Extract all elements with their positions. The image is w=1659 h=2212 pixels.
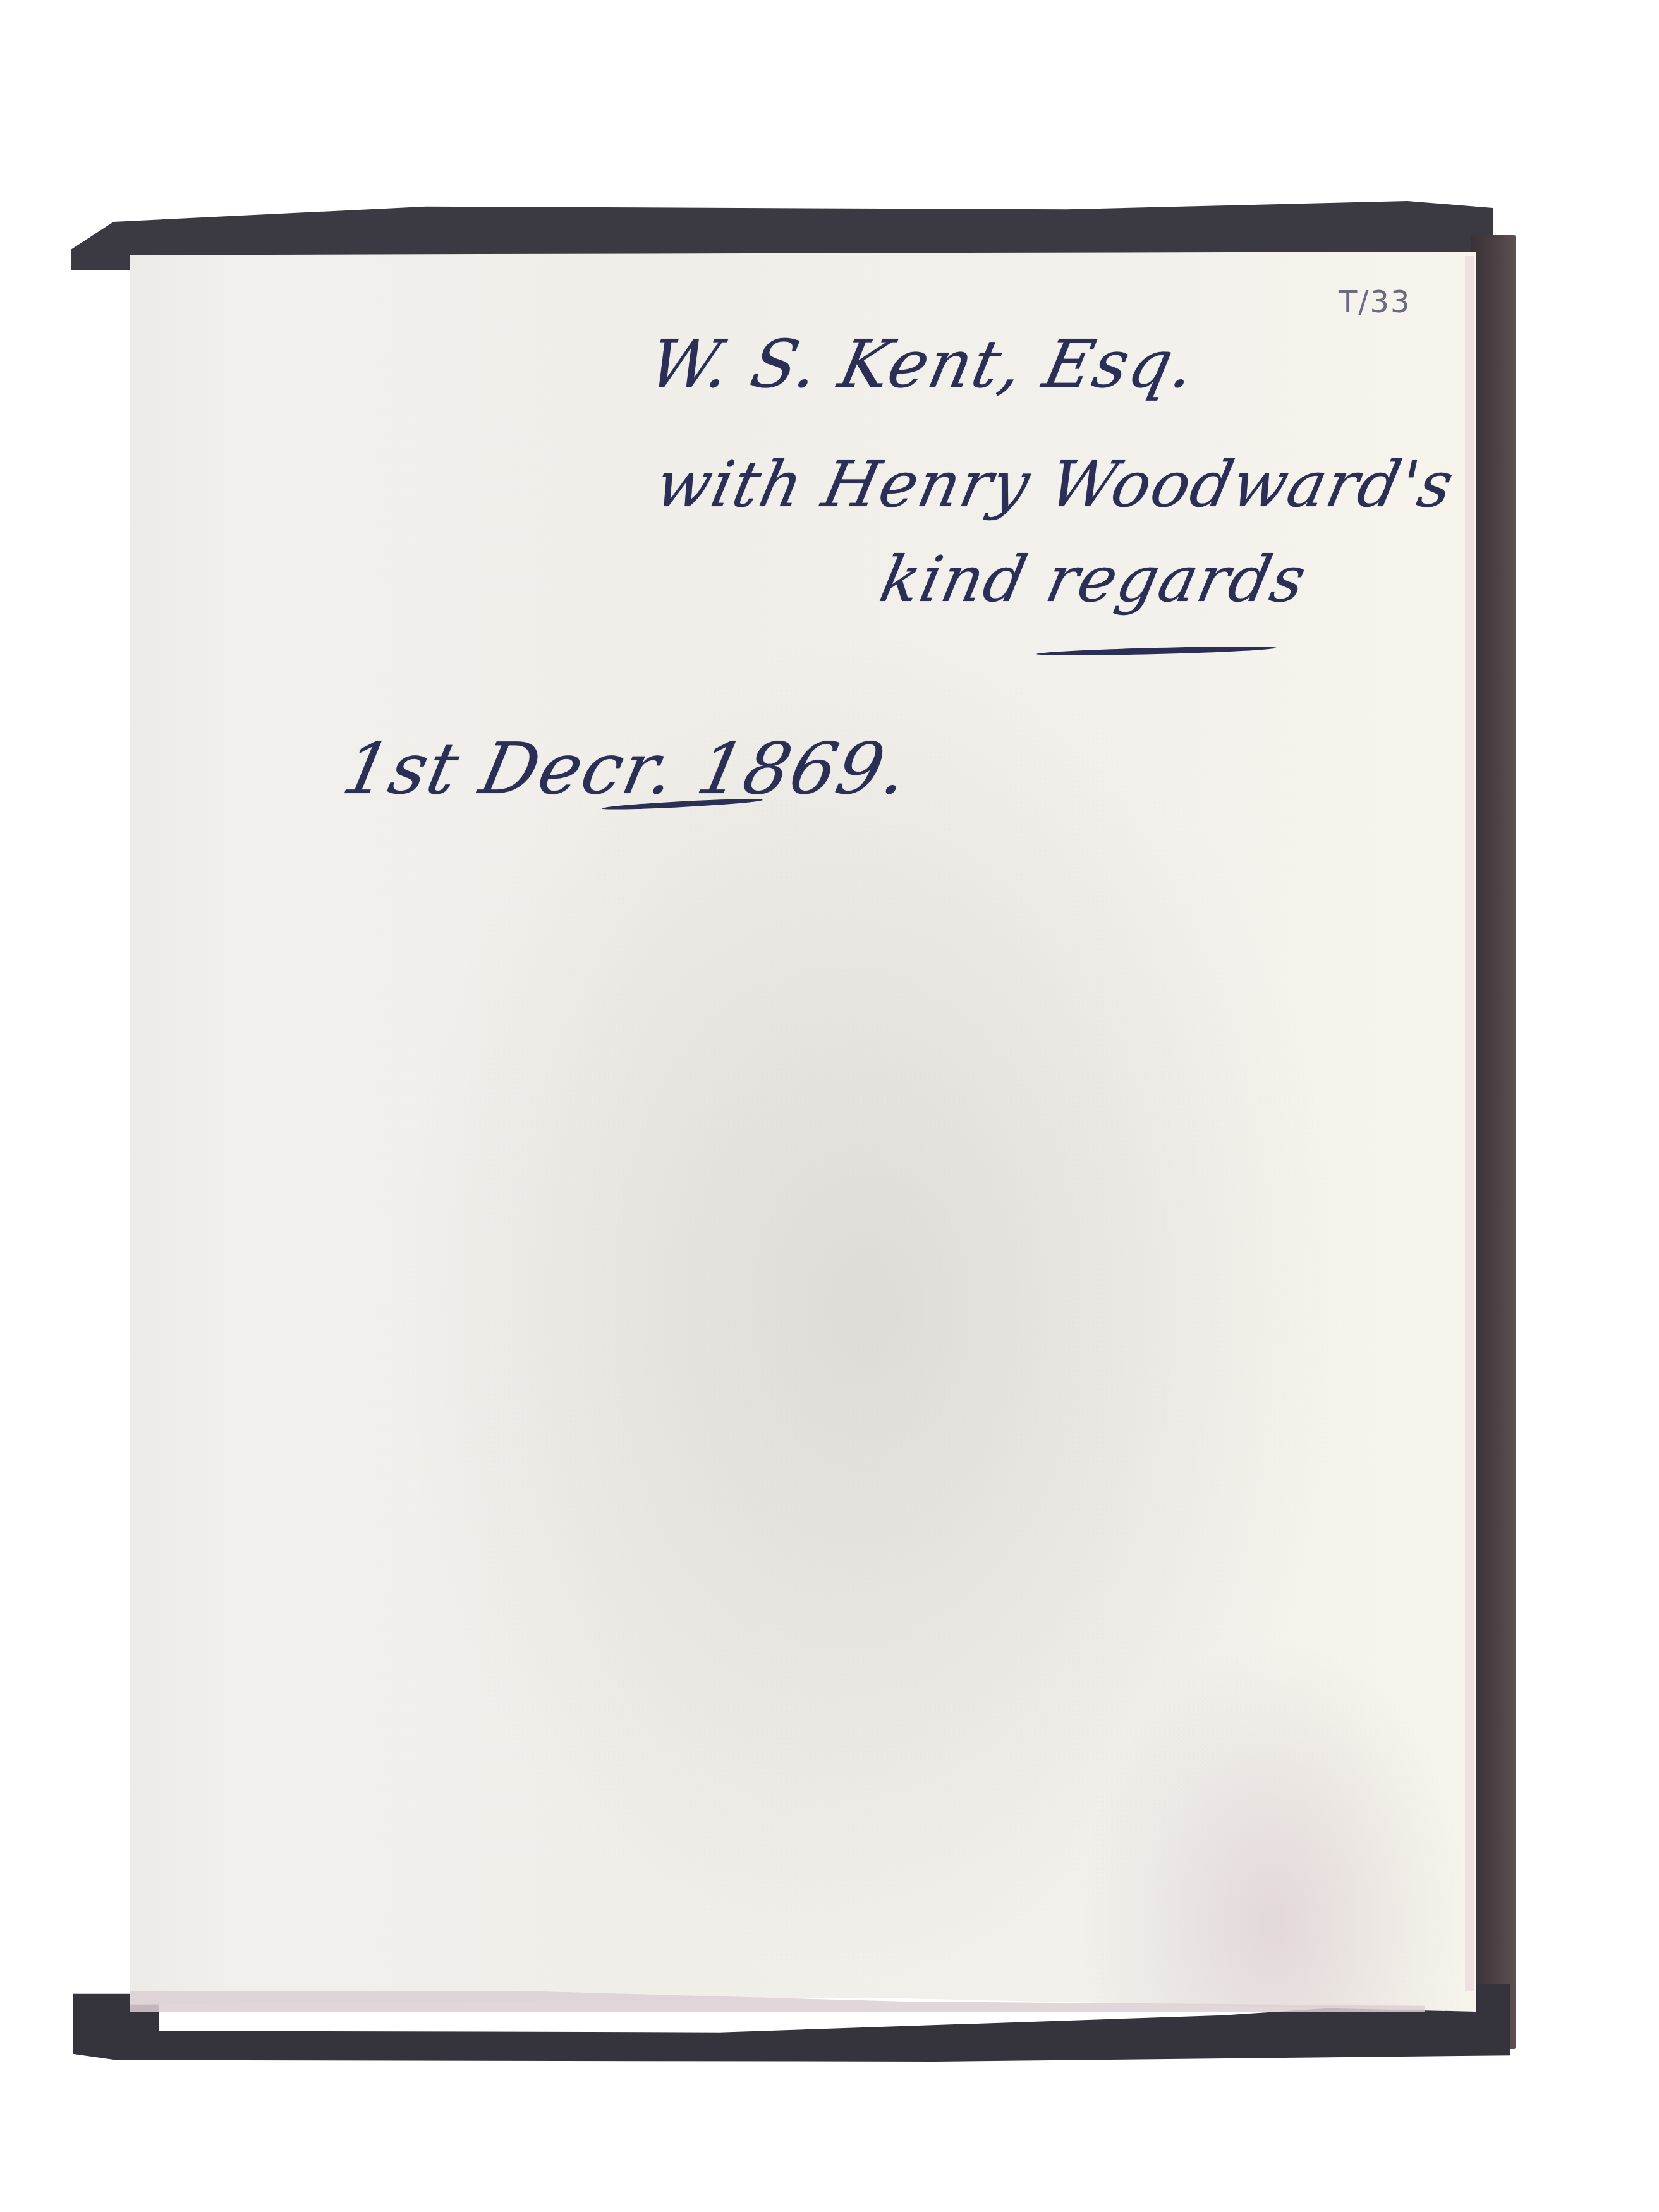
inscription-regards: kind regards bbox=[874, 542, 1313, 616]
book-photo: T/33 W. S. Kent, Esq. with Henry Woodwar… bbox=[0, 0, 1659, 2212]
inscription-sender: with Henry Woodward's bbox=[650, 447, 1461, 521]
pencil-shelfmark: T/33 bbox=[1339, 284, 1411, 320]
inscription-recipient: W. S. Kent, Esq. bbox=[643, 325, 1203, 403]
page-edge-right bbox=[1465, 256, 1474, 1991]
inscription-date: 1st Decr. 1869. bbox=[336, 728, 916, 810]
book-cover-spine-edge bbox=[1471, 235, 1516, 2049]
